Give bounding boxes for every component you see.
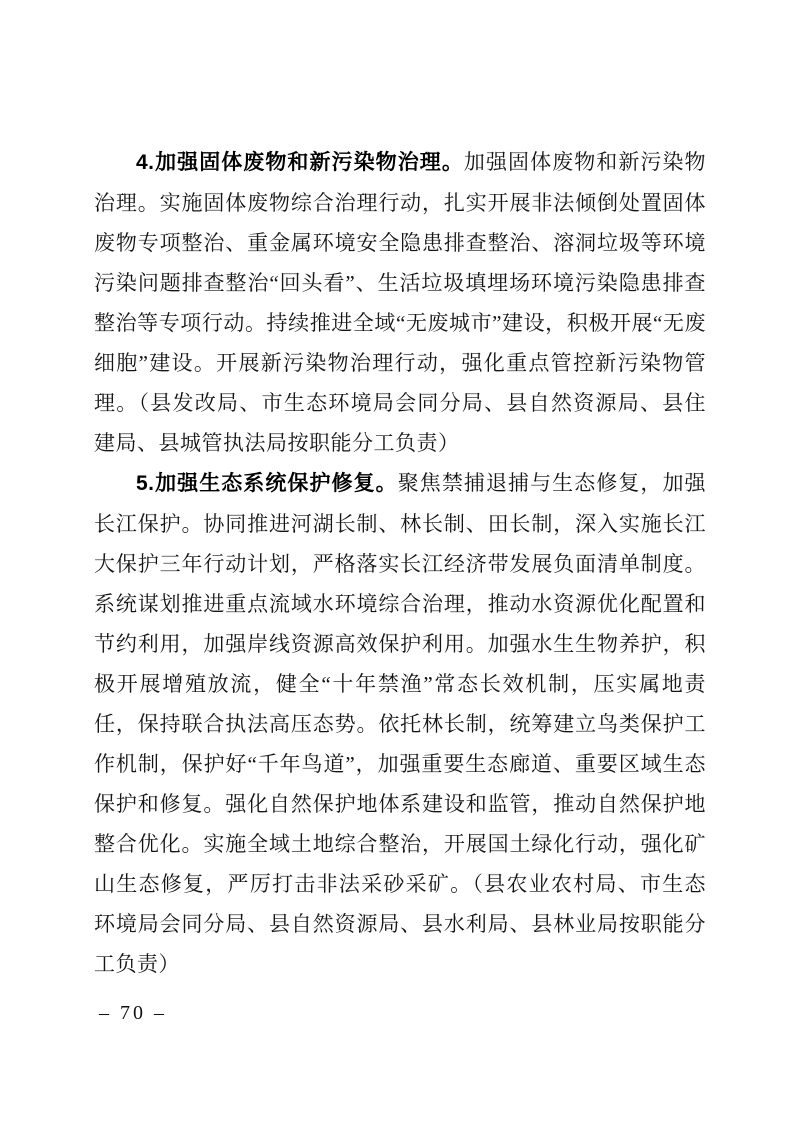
paragraph-ecosystem-restoration-heading: 5.加强生态系统保护修复。 [136, 472, 398, 495]
paragraph-ecosystem-restoration-text: 聚焦禁捕退捕与生态修复，加强长江保护。协同推进河湖长制、林长制、田长制，深入实施… [94, 471, 706, 976]
document-body: 4.加强固体废物和新污染物治理。加强固体废物和新污染物治理。实施固体废物综合治理… [94, 142, 706, 984]
paragraph-ecosystem-restoration: 5.加强生态系统保护修复。聚焦禁捕退捕与生态修复，加强长江保护。协同推进河湖长制… [94, 463, 706, 984]
page-number: – 70 – [99, 1002, 167, 1025]
document-page: 4.加强固体废物和新污染物治理。加强固体废物和新污染物治理。实施固体废物综合治理… [0, 0, 793, 1122]
paragraph-solid-waste-heading: 4.加强固体废物和新污染物治理。 [136, 151, 464, 174]
paragraph-solid-waste: 4.加强固体废物和新污染物治理。加强固体废物和新污染物治理。实施固体废物综合治理… [94, 142, 706, 463]
paragraph-solid-waste-text: 加强固体废物和新污染物治理。实施固体废物综合治理行动，扎实开展非法倾倒处置固体废… [94, 150, 706, 455]
